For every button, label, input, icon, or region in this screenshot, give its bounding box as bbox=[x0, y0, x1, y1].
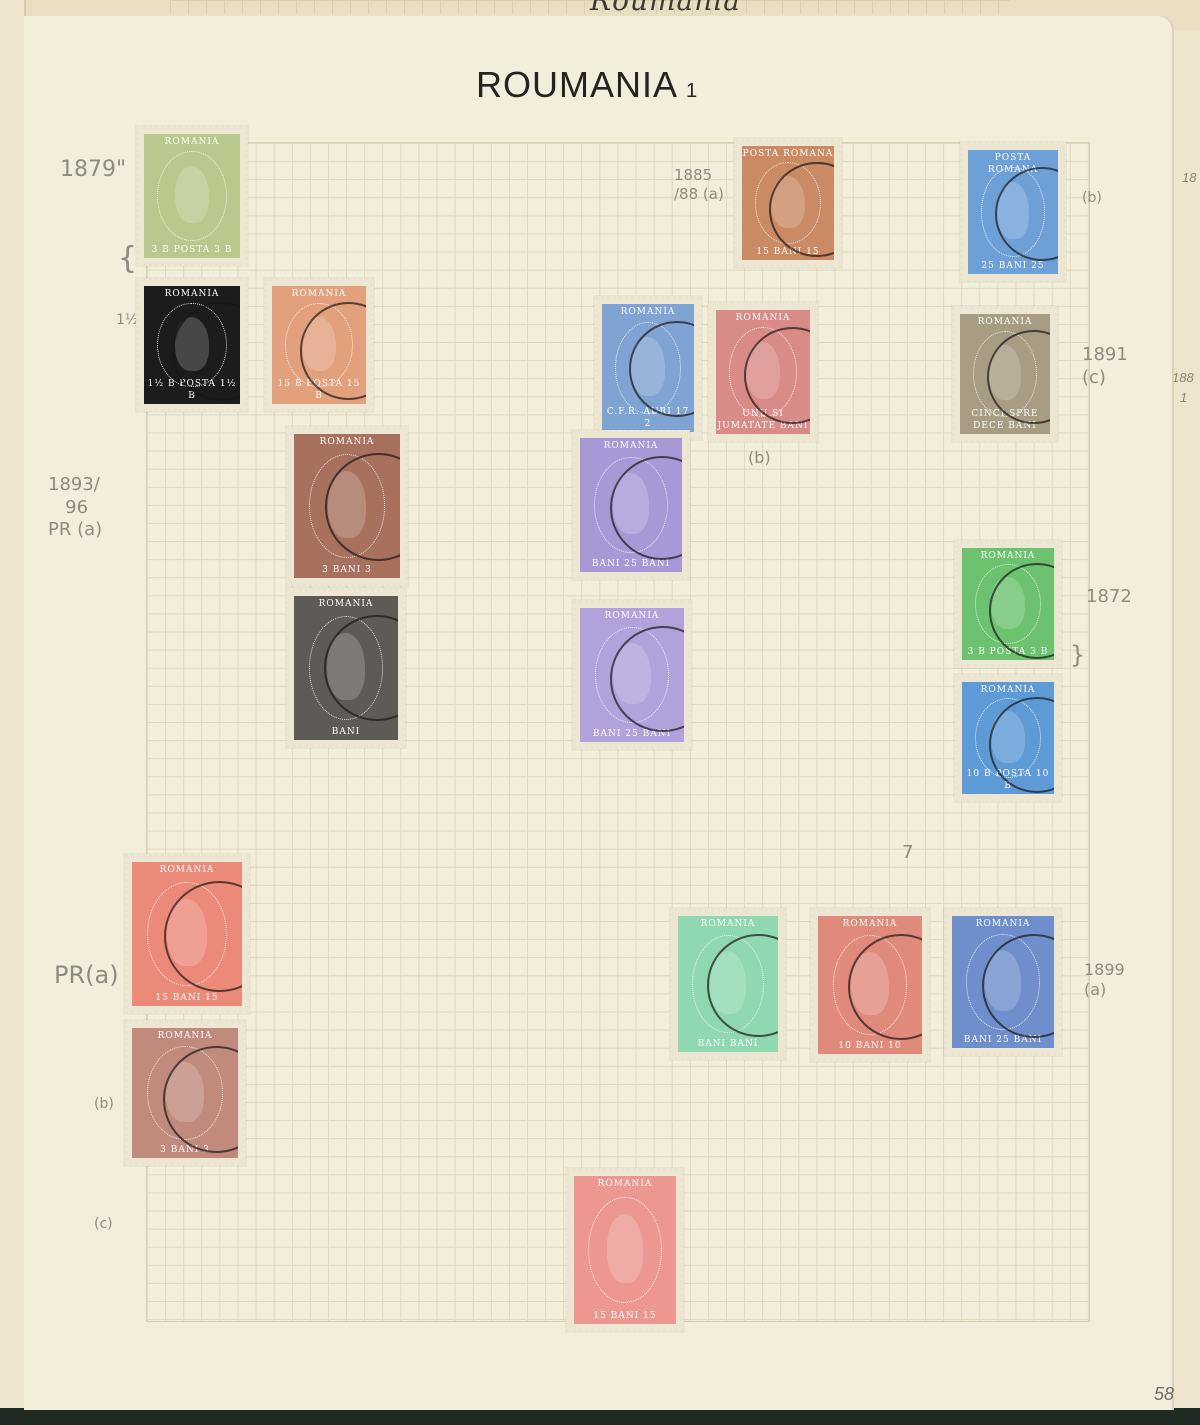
stamp-design: ROMANIA1½ B POSTA 1½ B bbox=[144, 286, 240, 404]
stamp-top-inscription: ROMANIA bbox=[962, 684, 1054, 696]
portrait-head bbox=[175, 166, 210, 223]
postage-stamp: ROMANIABANI 25 BANI bbox=[572, 600, 692, 750]
postage-stamp: POSTA ROMANA15 BANI 15 bbox=[734, 138, 842, 268]
postage-stamp: ROMANIAC.F.R. AURI 17 2 bbox=[594, 296, 702, 440]
stamp-top-inscription: ROMANIA bbox=[144, 288, 240, 300]
stamp-design: ROMANIABANI 25 BANI bbox=[580, 608, 684, 742]
stamp-design: ROMANIA15 BANI 15 bbox=[132, 862, 242, 1006]
stamp-top-inscription: ROMANIA bbox=[144, 136, 240, 148]
edge-note: 188 bbox=[1172, 370, 1194, 385]
note-b-top: (b) bbox=[1082, 190, 1102, 208]
note-pr-a: PR(a) bbox=[54, 960, 119, 990]
note-b-low: (b) bbox=[94, 1096, 114, 1114]
stamp-top-inscription: ROMANIA bbox=[952, 918, 1054, 930]
postage-stamp: ROMANIACINCI SPRE DECE BANI bbox=[952, 306, 1058, 442]
stamp-design: ROMANIA3 BANI 3 bbox=[132, 1028, 238, 1158]
stamp-value-inscription: BANI bbox=[294, 726, 398, 738]
stamp-top-inscription: ROMANIA bbox=[678, 918, 778, 930]
stamp-design: ROMANIAUNU SI JUMATATE BANI bbox=[716, 310, 810, 434]
album-left-edge bbox=[0, 0, 26, 1425]
album-page: ROUMANIA1 1879" { 1½ 1885 /88 (a) (b) 18… bbox=[24, 16, 1172, 1410]
stamp-design: POSTA ROMANA15 BANI 15 bbox=[742, 146, 834, 260]
page-number: 58 bbox=[1154, 1384, 1174, 1405]
stamp-design: ROMANIABANI BANI bbox=[678, 916, 778, 1052]
stamp-value-inscription: 10 BANI 10 bbox=[818, 1040, 922, 1052]
note-1879: 1879" bbox=[60, 156, 126, 184]
stamp-design: ROMANIA3 BANI 3 bbox=[294, 434, 400, 578]
stamp-top-inscription: ROMANIA bbox=[132, 864, 242, 876]
stamp-top-inscription: ROMANIA bbox=[574, 1178, 676, 1190]
note-c-low: (c) bbox=[94, 1216, 113, 1234]
stamp-value-inscription: 3 B POSTA 3 B bbox=[144, 244, 240, 256]
album-binding bbox=[0, 1408, 1200, 1425]
note-1893-96: 1893/ 96 PR (a) bbox=[48, 474, 102, 542]
note-1872: 1872 bbox=[1086, 586, 1132, 609]
postage-stamp: ROMANIA10 BANI 10 bbox=[810, 908, 930, 1062]
stamp-design: ROMANIABANI 25 BANI bbox=[952, 916, 1054, 1048]
stamp-top-inscription: ROMANIA bbox=[580, 440, 682, 452]
postage-stamp: ROMANIA3 BANI 3 bbox=[286, 426, 408, 586]
note-1899-a: 1899 (a) bbox=[1084, 960, 1125, 1000]
stamp-top-inscription: ROMANIA bbox=[294, 436, 400, 448]
underlying-page-title: Roumania bbox=[590, 0, 741, 17]
stamp-value-inscription: 3 BANI 3 bbox=[294, 564, 400, 576]
note-7: 7 bbox=[902, 842, 913, 865]
stamp-value-inscription: BANI BANI bbox=[678, 1038, 778, 1050]
edge-note: 18 bbox=[1182, 170, 1196, 185]
stamp-design: ROMANIAC.F.R. AURI 17 2 bbox=[602, 304, 694, 432]
postage-stamp: ROMANIA15 BANI 15 bbox=[566, 1168, 684, 1332]
note-1885-88: 1885 /88 (a) bbox=[674, 166, 724, 204]
stamp-top-inscription: ROMANIA bbox=[602, 306, 694, 318]
stamp-value-inscription: 25 BANI 25 bbox=[968, 260, 1058, 272]
stamp-top-inscription: ROMANIA bbox=[294, 598, 398, 610]
note-b-mid: (b) bbox=[748, 448, 771, 468]
postage-stamp: POSTA ROMANA25 BANI 25 bbox=[960, 142, 1066, 282]
page-title: ROUMANIA1 bbox=[476, 64, 698, 106]
brace-mark: { bbox=[118, 240, 137, 278]
stamp-design: ROMANIA15 BANI 15 bbox=[574, 1176, 676, 1324]
postage-stamp: ROMANIA15 B POSTA 15 B bbox=[264, 278, 374, 412]
postage-stamp: ROMANIA3 B POSTA 3 B bbox=[136, 126, 248, 266]
postage-stamp: ROMANIA10 B POSTA 10 B bbox=[954, 674, 1062, 802]
stamp-top-inscription: ROMANIA bbox=[962, 550, 1054, 562]
stamp-design: ROMANIA15 B POSTA 15 B bbox=[272, 286, 366, 404]
stamp-top-inscription: ROMANIA bbox=[716, 312, 810, 324]
stamp-top-inscription: ROMANIA bbox=[132, 1030, 238, 1042]
page-title-text: ROUMANIA bbox=[476, 64, 678, 105]
stamp-design: ROMANIABANI bbox=[294, 596, 398, 740]
postage-stamp: ROMANIABANI bbox=[286, 588, 406, 748]
brace-mark: } bbox=[1070, 640, 1085, 670]
postage-stamp: ROMANIABANI BANI bbox=[670, 908, 786, 1060]
stamp-design: POSTA ROMANA25 BANI 25 bbox=[968, 150, 1058, 274]
stamp-top-inscription: ROMANIA bbox=[818, 918, 922, 930]
stamp-design: ROMANIACINCI SPRE DECE BANI bbox=[960, 314, 1050, 434]
stamp-value-inscription: 15 BANI 15 bbox=[574, 1310, 676, 1322]
stamp-top-inscription: ROMANIA bbox=[272, 288, 366, 300]
edge-note: 1 bbox=[1180, 390, 1187, 405]
postage-stamp: ROMANIABANI 25 BANI bbox=[572, 430, 690, 580]
postage-stamp: ROMANIA3 B POSTA 3 B bbox=[954, 540, 1062, 668]
stamp-design: ROMANIA10 BANI 10 bbox=[818, 916, 922, 1054]
stamp-design: ROMANIA3 B POSTA 3 B bbox=[144, 134, 240, 258]
postage-stamp: ROMANIA15 BANI 15 bbox=[124, 854, 250, 1014]
postage-stamp: ROMANIA3 BANI 3 bbox=[124, 1020, 246, 1166]
postage-stamp: ROMANIAUNU SI JUMATATE BANI bbox=[708, 302, 818, 442]
note-1891-c: 1891 (c) bbox=[1082, 344, 1128, 389]
next-page-edge: 18 188 1 bbox=[1168, 30, 1200, 1425]
stamp-design: ROMANIA3 B POSTA 3 B bbox=[962, 548, 1054, 660]
postage-stamp: ROMANIABANI 25 BANI bbox=[944, 908, 1062, 1056]
stamp-design: ROMANIA10 B POSTA 10 B bbox=[962, 682, 1054, 794]
page-title-number: 1 bbox=[686, 80, 698, 102]
stamp-value-inscription: BANI 25 BANI bbox=[580, 558, 682, 570]
stamp-value-inscription: 15 BANI 15 bbox=[132, 992, 242, 1004]
stamp-design: ROMANIABANI 25 BANI bbox=[580, 438, 682, 572]
stamp-top-inscription: ROMANIA bbox=[580, 610, 684, 622]
stamp-top-inscription: ROMANIA bbox=[960, 316, 1050, 328]
postage-stamp: ROMANIA1½ B POSTA 1½ B bbox=[136, 278, 248, 412]
stamp-top-inscription: POSTA ROMANA bbox=[742, 148, 834, 160]
portrait-head bbox=[607, 1214, 644, 1282]
